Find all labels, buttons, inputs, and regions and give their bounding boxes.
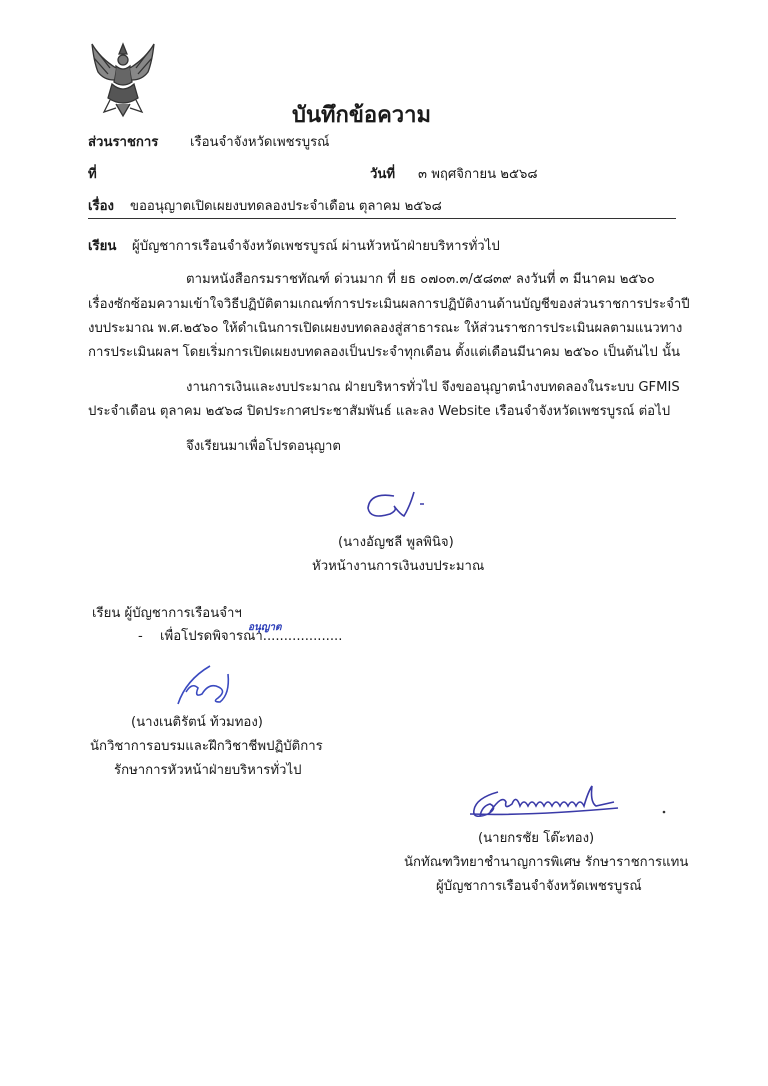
- body-p1-line: เรื่องซักซ้อมความเข้าใจวิธีปฏิบัติตามเกณ…: [88, 298, 690, 311]
- salutation-value: ผู้บัญชาการเรือนจำจังหวัดเพชรบูรณ์ ผ่านห…: [132, 240, 500, 253]
- body-p1-line: ตามหนังสือกรมราชทัณฑ์ ด่วนมาก ที่ ยธ ๐๗๐…: [186, 273, 655, 286]
- subject-label: เรื่อง: [88, 200, 114, 213]
- body-p2-line: ประจำเดือน ตุลาคม ๒๕๖๘ ปิดประกาศประชาสัม…: [88, 405, 670, 418]
- agency-label: ส่วนราชการ: [88, 136, 158, 149]
- date-value: ๓ พฤศจิกายน ๒๕๖๘: [418, 168, 538, 181]
- document-title: บันทึกข้อความ: [292, 97, 431, 132]
- signatory2-name: (นางเนติรัตน์ ท้วมทอง): [131, 716, 263, 729]
- body-p1-line: การประเมินผลฯ โดยเริ่มการเปิดเผยงบทดลองเ…: [88, 346, 680, 359]
- endorsement-to: เรียน ผู้บัญชาการเรือนจำฯ: [92, 607, 242, 620]
- garuda-emblem-icon: [86, 38, 160, 118]
- signatory2-position-line2: รักษาการหัวหน้าฝ่ายบริหารทั่วไป: [114, 764, 301, 777]
- handwritten-signature-icon: [468, 784, 668, 824]
- body-p1-line: งบประมาณ พ.ศ.๒๕๖๐ ให้ดำเนินการเปิดเผยงบท…: [88, 322, 682, 335]
- signatory3-position-line1: นักทัณฑวิทยาชำนาญการพิเศษ รักษาราชการแทน: [404, 856, 688, 869]
- signatory1-name: (นางอัญชลี พูลพินิจ): [338, 536, 454, 549]
- subject-value: ขออนุญาตเปิดเผยงบทดลองประจำเดือน ตุลาคม …: [130, 200, 442, 213]
- salutation-label: เรียน: [88, 240, 116, 253]
- date-label: วันที่: [370, 168, 395, 181]
- signatory3-position-line2: ผู้บัญชาการเรือนจำจังหวัดเพชรบูรณ์: [436, 880, 642, 893]
- agency-value: เรือนจำจังหวัดเพชรบูรณ์: [190, 136, 329, 149]
- endorsement-bullet: -: [138, 630, 143, 643]
- handwritten-approval-note: อนุญาต: [248, 620, 281, 635]
- signatory2-position-line1: นักวิชาการอบรมและฝึกวิชาชีพปฏิบัติการ: [90, 740, 323, 753]
- reference-label: ที่: [88, 168, 97, 181]
- header-divider: [88, 218, 676, 219]
- signatory1-position: หัวหน้างานการเงินงบประมาณ: [312, 560, 484, 573]
- body-p2-line: งานการเงินและงบประมาณ ฝ่ายบริหารทั่วไป จ…: [186, 381, 680, 394]
- signatory3-name: (นายกรชัย โต๊ะทอง): [478, 832, 594, 845]
- handwritten-signature-icon: [172, 664, 242, 710]
- handwritten-signature-icon: [364, 486, 454, 526]
- closing-line: จึงเรียนมาเพื่อโปรดอนุญาต: [186, 440, 341, 453]
